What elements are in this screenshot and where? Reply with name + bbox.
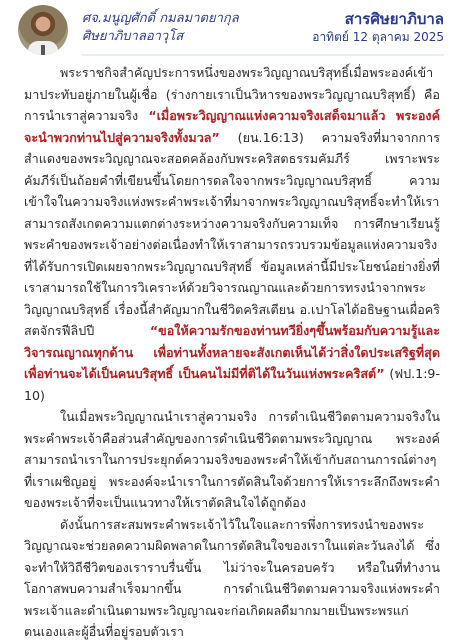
avatar	[18, 5, 68, 55]
avatar-tie	[41, 45, 45, 55]
header: ศจ.มนูญศักดิ์ กมลมาตยากุล ศิษยาภิบาลอาวุ…	[0, 0, 462, 58]
author-block: ศจ.มนูญศักดิ์ กมลมาตยากุล ศิษยาภิบาลอาวุ…	[82, 10, 239, 46]
author-name: ศจ.มนูญศักดิ์ กมลมาตยากุล	[82, 10, 239, 28]
p1-text-b: (ยน.16:13) ความจริงที่มาจากการสำแดงของพร…	[24, 130, 440, 339]
paragraph-2: ในเมื่อพระวิญญาณนำเราสู่ความจริง การดำเน…	[24, 406, 440, 514]
publication-date: อาทิตย์ 12 ตุลาคม 2025	[312, 28, 444, 46]
publication-title: สารศิษยาภิบาล	[312, 10, 444, 28]
paragraph-3: ดังนั้นการสะสมพระคำพระเจ้าไว้ในใจและการพ…	[24, 514, 440, 601]
article-body: พระราชกิจสำคัญประการหนึ่งของพระวิญญาณบริ…	[24, 62, 440, 600]
header-divider	[82, 54, 444, 56]
publication-block: สารศิษยาภิบาล อาทิตย์ 12 ตุลาคม 2025	[312, 10, 444, 46]
author-role: ศิษยาภิบาลอาวุโส	[82, 28, 239, 46]
paragraph-1: พระราชกิจสำคัญประการหนึ่งของพระวิญญาณบริ…	[24, 62, 440, 406]
